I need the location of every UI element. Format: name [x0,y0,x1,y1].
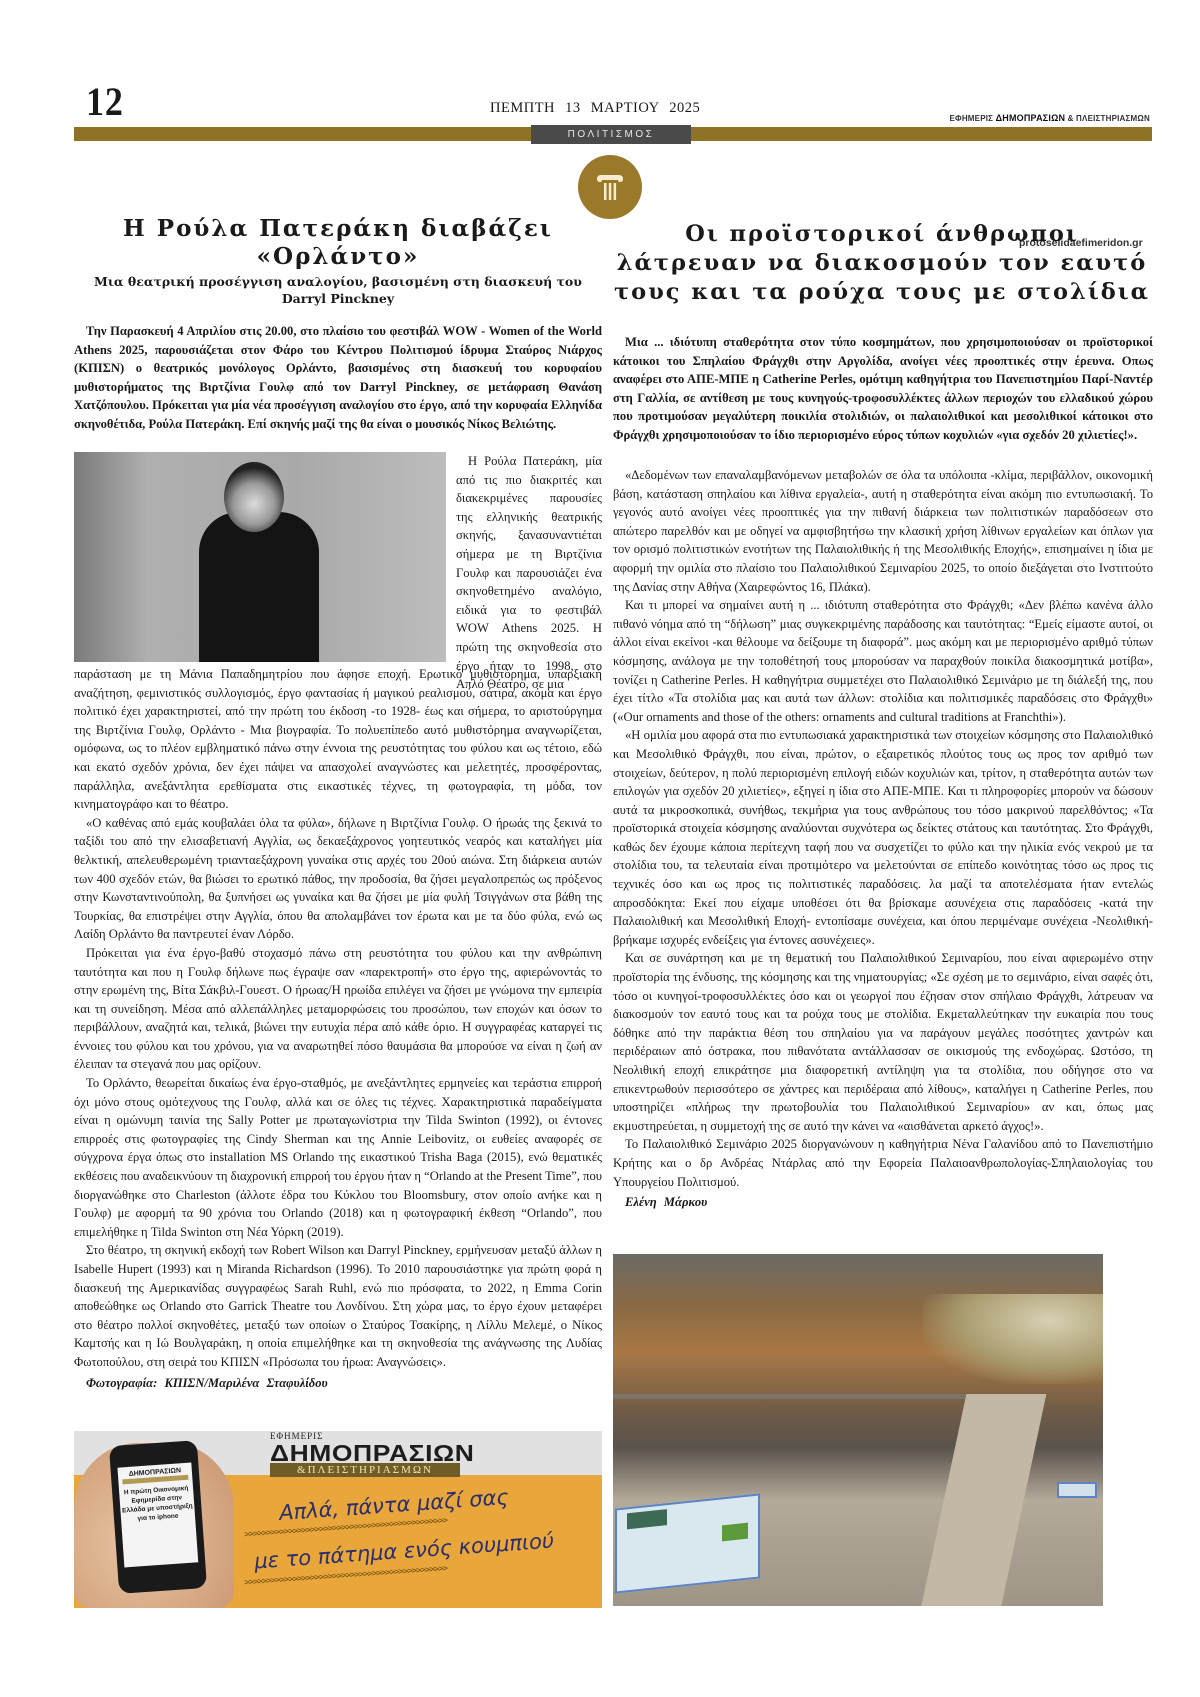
ionic-column-icon [578,155,642,219]
sign-image [627,1509,667,1529]
cave-walkway [920,1394,1047,1606]
left-article-wrap-text: Η Ρούλα Πατεράκη, μία από τις πιο διακρι… [456,452,602,694]
left-article-body: παράσταση με τη Μάνια Παπαδημητρίου που … [74,665,602,1392]
paragraph: παράσταση με τη Μάνια Παπαδημητρίου που … [74,665,602,814]
paragraph: Και σε συνάρτηση και με τη θεματική του … [613,949,1153,1135]
paragraph: Το Παλαιολιθικό Σεμινάριο 2025 διοργανών… [613,1135,1153,1191]
phone-screen: ΔΗΜΟΠΡΑΣΙΩΝ Η πρώτη Οικονομική Εφημερίδα… [117,1463,198,1568]
left-article-title: Η Ρούλα Πατεράκη διαβάζει «Ορλάντο» [74,215,602,271]
phone-text: Η πρώτη Οικονομική Εφημερίδα στην Ελλάδα… [119,1483,195,1524]
paragraph: Η Ρούλα Πατεράκη, μία από τις πιο διακρι… [456,452,602,694]
right-article-lead: Μια ... ιδιότυπη σταθερότητα στον τύπο κ… [613,333,1153,444]
masthead: ΕΦΗΜΕΡΙΣ ΔΗΜΟΠΡΑΣΙΩΝ & ΠΛΕΙΣΤΗΡΙΑΣΜΩΝ [950,113,1150,123]
right-article-body: «Δεδομένων των επαναλαμβανόμενων μεταβολ… [613,466,1153,1212]
photo-figure-head [224,462,284,532]
masthead-suffix: & ΠΛΕΙΣΤΗΡΙΑΣΜΩΝ [1068,114,1150,123]
info-sign-small [1057,1482,1097,1498]
page-number: 12 [86,78,124,125]
cave-photo [613,1254,1103,1606]
info-sign [615,1493,760,1593]
masthead-name: ΔΗΜΟΠΡΑΣΙΩΝ [996,113,1066,123]
cave-opening [923,1294,1103,1384]
photo-figure [199,512,319,662]
ad-brand-sub: &ΠΛΕΙΣΤΗΡΙΑΣΜΩΝ [270,1463,460,1477]
photo-credit: Φωτογραφία: ΚΠΙΣΝ/Μαριλένα Σταφυλίδου [74,1374,602,1393]
paragraph: Το Ορλάντο, θεωρείται δικαίως ένα έργο-σ… [74,1074,602,1241]
paragraph: Και τι μπορεί να σημαίνει αυτή η ... ιδι… [613,596,1153,726]
advertisement-banner[interactable]: ΕΦΗΜΕΡΙΣ ΔΗΜΟΠΡΑΣΙΩΝ &ΠΛΕΙΣΤΗΡΙΑΣΜΩΝ >>>… [74,1431,602,1608]
paragraph: «Δεδομένων των επαναλαμβανόμενων μεταβολ… [613,466,1153,596]
paragraph: «Η ομιλία μου αφορά στα πιο εντυπωσιακά … [613,726,1153,949]
author-byline: Ελένη Μάρκου [613,1193,1153,1212]
cave-railing [613,1394,973,1399]
section-label: ΠΟΛΙΤΙΣΜΟΣ [531,125,691,144]
left-article-subtitle: Μια θεατρική προσέγγιση αναλογίου, βασισ… [74,273,602,307]
masthead-prefix: ΕΦΗΜΕΡΙΣ [950,114,994,123]
right-article-title: Οι προϊστορικοί άνθρωποι λάτρευαν να δια… [612,220,1152,307]
sign-image [722,1523,748,1542]
portrait-photo [74,452,446,662]
paragraph: Στο θέατρο, τη σκηνική εκδοχή των Robert… [74,1241,602,1371]
paragraph: «Ο καθένας από εμάς κουβαλάει όλα τα φύλ… [74,814,602,944]
left-article-header: Η Ρούλα Πατεράκη διαβάζει «Ορλάντο» Μια … [74,215,602,307]
paragraph: Πρόκειται για ένα έργο-βαθύ στοχασμό πάν… [74,944,602,1074]
left-article-lead: Την Παρασκευή 4 Απριλίου στις 20.00, στο… [74,322,602,433]
smartphone-icon: ΔΗΜΟΠΡΑΣΙΩΝ Η πρώτη Οικονομική Εφημερίδα… [109,1440,207,1594]
issue-date: ΠΕΜΠΤΗ 13 ΜΑΡΤΙΟΥ 2025 [490,100,700,117]
